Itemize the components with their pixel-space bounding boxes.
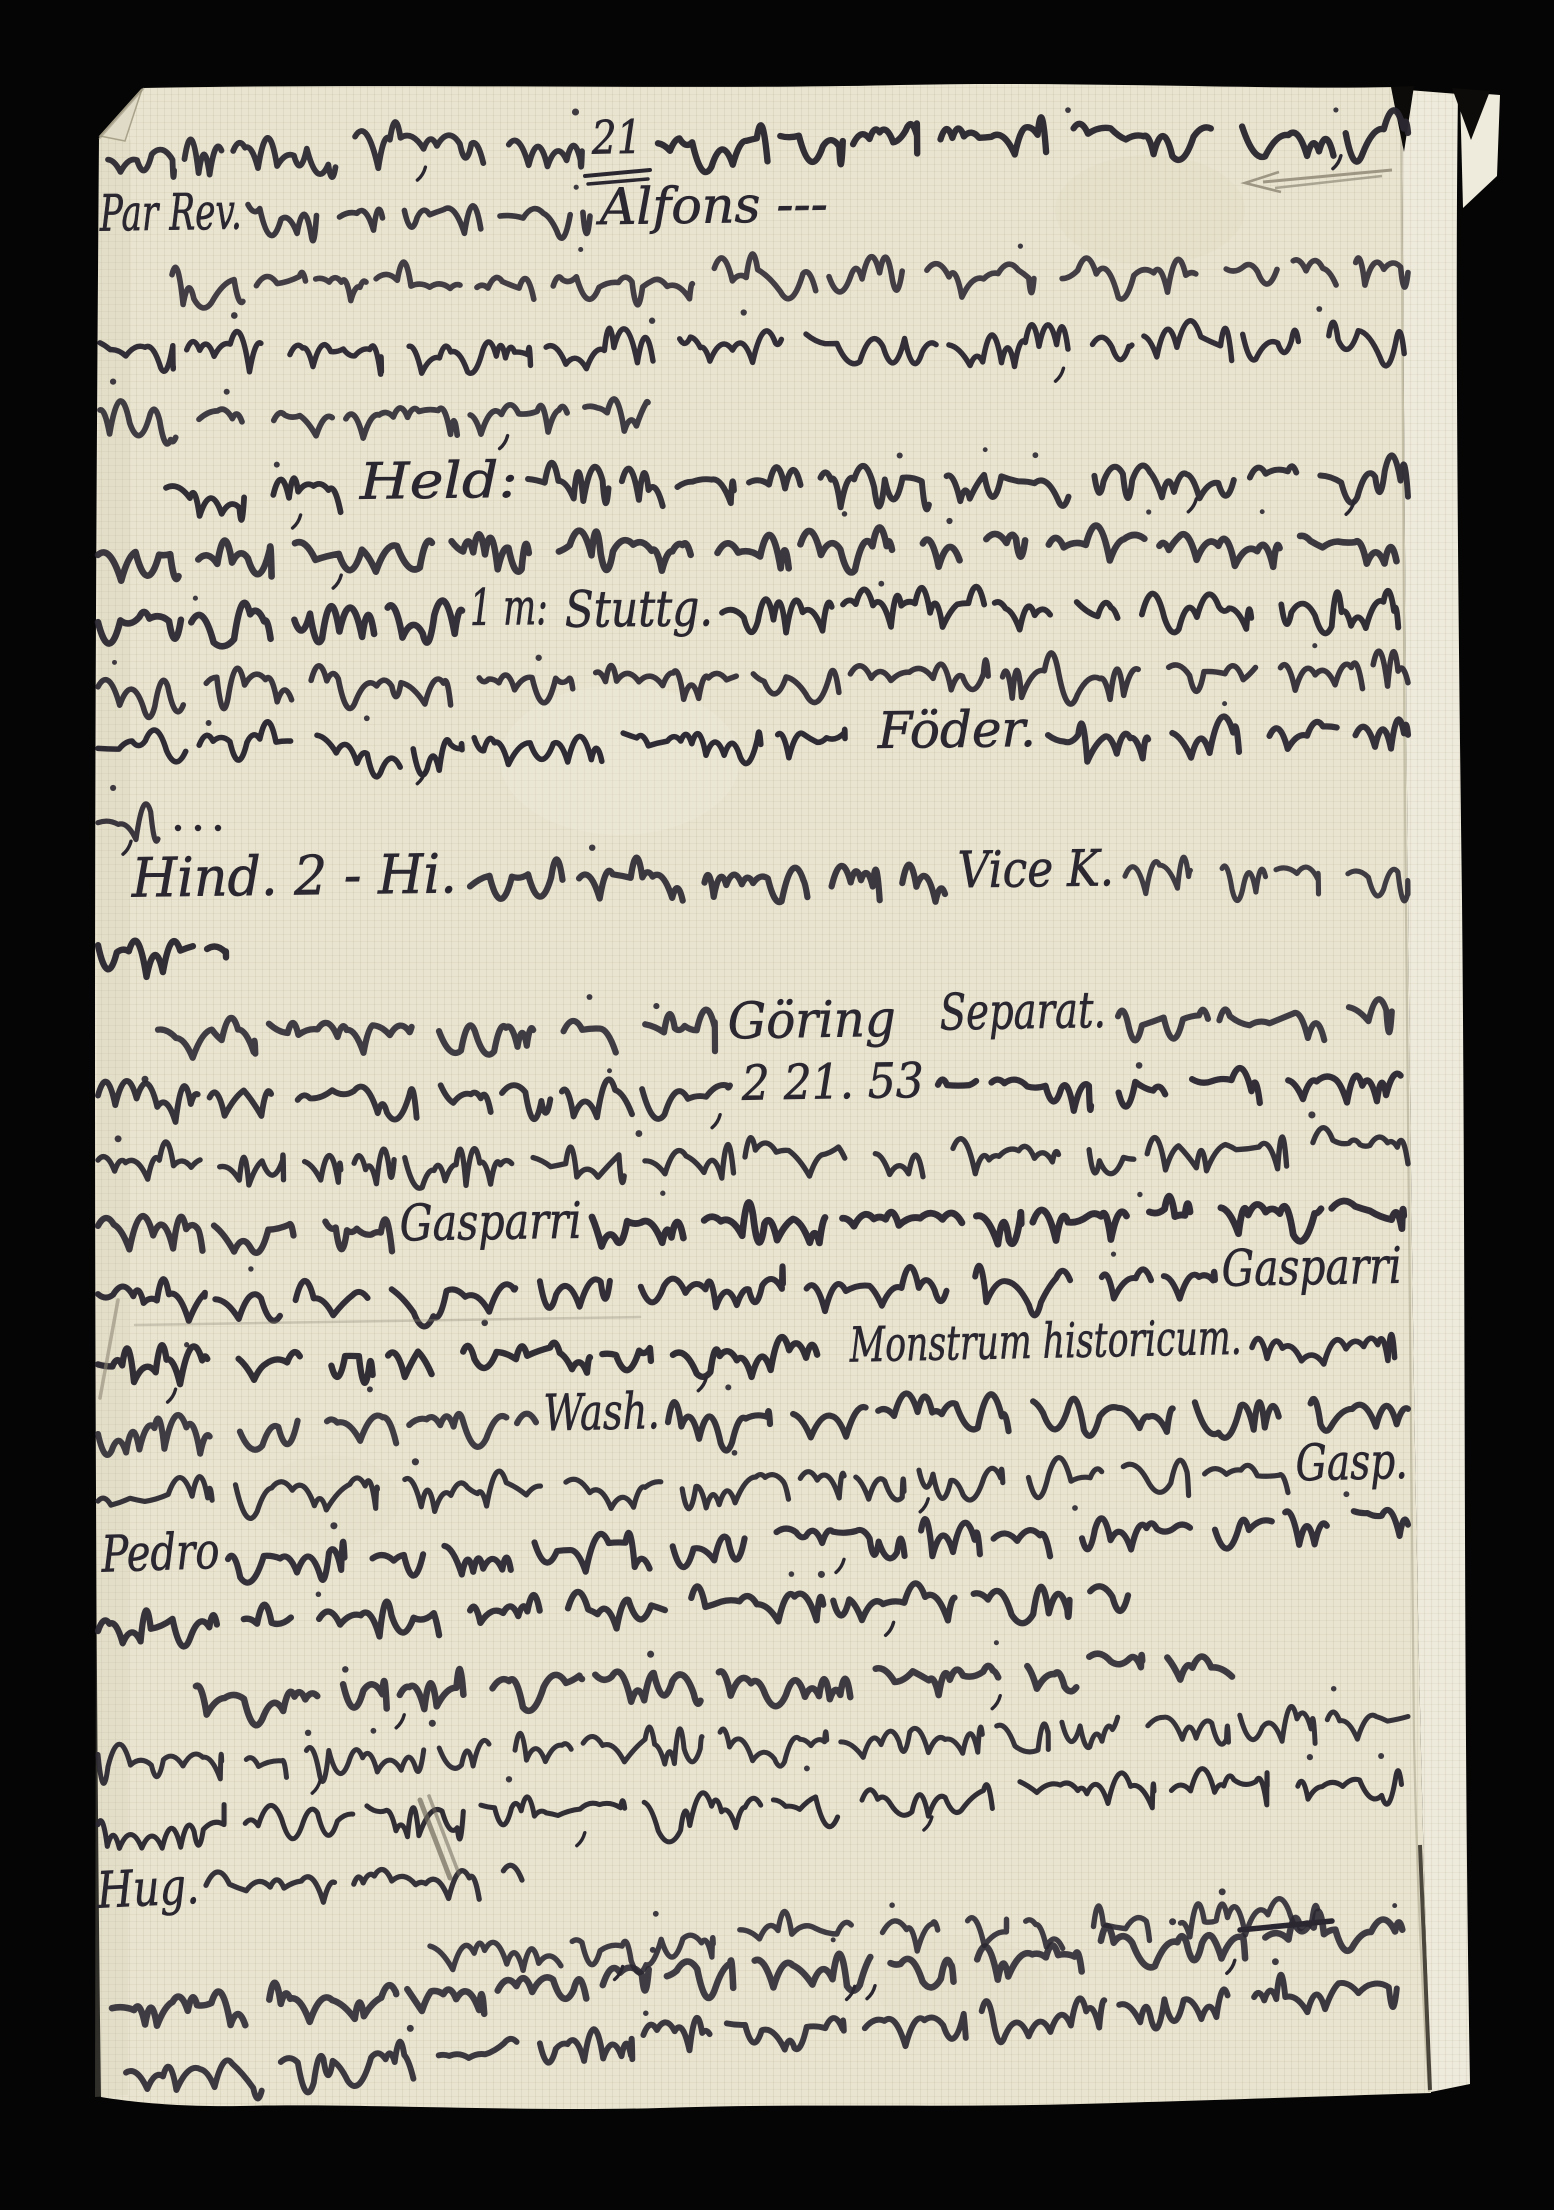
legible-word: Alfons --- — [595, 175, 828, 236]
ink-diacritic-dot — [367, 1386, 373, 1392]
ink-diacritic-dot — [1316, 306, 1322, 312]
ink-diacritic-dot — [274, 462, 280, 468]
ink-dot — [175, 825, 181, 831]
ink-diacritic-dot — [342, 1666, 349, 1673]
ink-diacritic-dot — [635, 1130, 642, 1137]
ink-diacritic-dot — [536, 655, 542, 661]
ink-diacritic-dot — [589, 844, 595, 850]
ink-diacritic-dot — [946, 518, 952, 524]
ink-diacritic-dot — [1312, 643, 1317, 648]
ink-diacritic-dot — [1136, 1062, 1143, 1069]
ink-diacritic-dot — [193, 596, 198, 601]
ink-diacritic-dot — [653, 1003, 659, 1009]
ink-diacritic-dot — [818, 1571, 825, 1578]
legible-word: Stuttg. — [565, 579, 714, 639]
ink-dot — [215, 825, 221, 831]
ink-diacritic-dot — [889, 1902, 895, 1908]
legible-word: Pedro — [100, 1522, 221, 1584]
ink-diacritic-dot — [897, 452, 903, 458]
ink-diacritic-dot — [660, 1191, 665, 1196]
ink-diacritic-dot — [1065, 107, 1071, 113]
ink-dot — [195, 825, 201, 831]
ink-diacritic-dot — [572, 108, 579, 115]
ink-diacritic-dot — [831, 1937, 836, 1942]
ink-diacritic-dot — [607, 1068, 612, 1073]
ink-diacritic-dot — [1111, 1251, 1116, 1256]
ink-diacritic-dot — [804, 1765, 810, 1771]
ink-diacritic-dot — [142, 1076, 149, 1083]
ink-diacritic-dot — [1222, 701, 1227, 706]
ink-diacritic-dot — [316, 1592, 322, 1598]
ink-diacritic-dot — [643, 2010, 648, 2015]
ink-diacritic-dot — [1137, 1192, 1142, 1197]
ink-diacritic-dot — [224, 389, 230, 395]
ink-diacritic-dot — [1219, 1888, 1226, 1895]
paper-stain — [1055, 155, 1245, 265]
ink-diacritic-dot — [115, 1135, 122, 1142]
legible-word: Gasparri — [399, 1192, 582, 1253]
ink-diacritic-dot — [330, 1522, 337, 1529]
ink-diacritic-dot — [587, 994, 593, 1000]
ink-diacritic-dot — [983, 447, 988, 452]
ink-diacritic-dot — [412, 1458, 419, 1465]
ink-diacritic-dot — [184, 1342, 189, 1347]
ink-diacritic-dot — [1308, 1111, 1315, 1118]
ink-diacritic-dot — [1333, 107, 1338, 112]
legible-word: Wash. — [543, 1382, 660, 1442]
ink-diacritic-dot — [1260, 509, 1265, 514]
ink-diacritic-dot — [1272, 1958, 1279, 1965]
left-edge-shading — [95, 138, 131, 2097]
ink-diacritic-dot — [650, 1947, 656, 1953]
ink-diacritic-dot — [1018, 243, 1023, 248]
ink-diacritic-dot — [1307, 1754, 1313, 1760]
ink-diacritic-dot — [407, 2025, 414, 2032]
ink-diacritic-dot — [878, 581, 884, 587]
ink-diacritic-dot — [231, 312, 238, 319]
ink-diacritic-dot — [371, 1728, 377, 1734]
legible-word: Held: — [358, 451, 518, 511]
ink-diacritic-dot — [1331, 1686, 1336, 1691]
scanned-manuscript-page: Scanned page of handwritten diary notes … — [0, 0, 1554, 2210]
ink-diacritic-dot — [725, 1384, 731, 1390]
ink-diacritic-dot — [653, 1911, 659, 1917]
ink-diacritic-dot — [732, 1450, 738, 1456]
ink-diacritic-dot — [506, 1776, 512, 1782]
ink-diacritic-dot — [1392, 1903, 1397, 1908]
legible-word: 21 — [590, 110, 642, 165]
legible-word: Hug. — [95, 1857, 201, 1920]
ink-diacritic-dot — [364, 715, 370, 721]
ink-diacritic-dot — [1146, 509, 1151, 514]
ink-diacritic-dot — [789, 1571, 795, 1577]
legible-word: Gasparri — [1221, 1237, 1402, 1298]
manuscript-scan: 21Par Rev.Alfons ---Held:1 m:Stuttg.Föde… — [0, 0, 1554, 2210]
legible-word: Föder. — [876, 700, 1036, 760]
legible-word: Göring — [727, 990, 896, 1051]
ink-diacritic-dot — [206, 720, 212, 726]
legible-word: 1 m: — [470, 578, 549, 637]
ink-diacritic-dot — [649, 318, 655, 324]
ink-diacritic-dot — [1033, 452, 1039, 458]
legible-word: Separat. — [939, 981, 1106, 1042]
legible-word: Vice K. — [957, 839, 1114, 899]
legible-word: Monstrum historicum. — [848, 1310, 1242, 1374]
legible-word: 2 21. 53 — [740, 1053, 924, 1112]
ink-diacritic-dot — [842, 511, 848, 517]
ink-diacritic-dot — [110, 785, 116, 791]
legible-word: Hind. 2 - Hi. — [130, 842, 457, 909]
ink-diacritic-dot — [1343, 1491, 1349, 1497]
legible-word: Gasp. — [1295, 1432, 1408, 1492]
ink-diacritic-dot — [578, 247, 583, 252]
ink-diacritic-dot — [112, 660, 117, 665]
paper-highlight — [500, 685, 740, 835]
ink-diacritic-dot — [647, 1651, 654, 1658]
legible-word: Par Rev. — [99, 183, 242, 243]
ink-diacritic-dot — [1378, 1753, 1384, 1759]
ink-diacritic-dot — [429, 1720, 436, 1727]
ink-diacritic-dot — [741, 309, 747, 315]
ink-diacritic-dot — [1072, 1505, 1078, 1511]
ink-diacritic-dot — [994, 1640, 999, 1645]
ink-diacritic-dot — [110, 378, 116, 384]
ink-diacritic-dot — [574, 185, 579, 190]
ink-diacritic-dot — [1169, 1918, 1176, 1925]
ink-diacritic-dot — [305, 1730, 311, 1736]
ink-diacritic-dot — [248, 1266, 253, 1271]
